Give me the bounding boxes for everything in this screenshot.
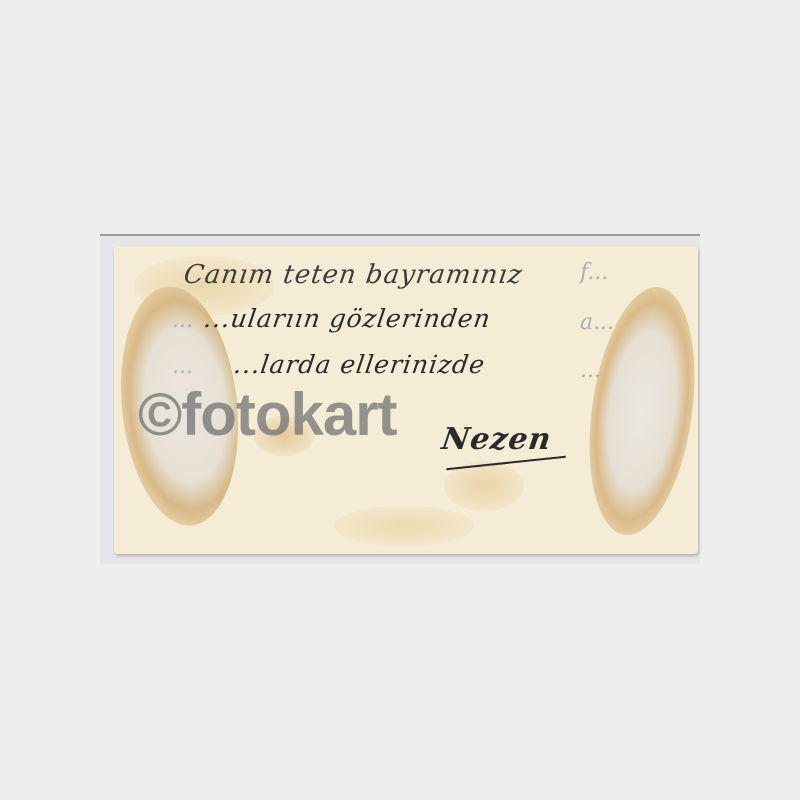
faded-text-right: a... [580, 310, 614, 335]
faded-text-right: f... [580, 260, 608, 285]
handwriting-line-2: ...ularıın gözlerinden [202, 304, 493, 333]
handwriting-line-1: Canım teten bayramınız [182, 260, 525, 290]
faded-text-left: ... [172, 354, 193, 379]
watermark: ©fotokart [138, 380, 397, 449]
handwriting-line-3: ...larda ellerinizde [232, 350, 487, 379]
signature: Nezen [440, 422, 554, 457]
faded-text-right: ... [580, 358, 601, 383]
faded-text-left: ... [172, 308, 193, 333]
stain [334, 506, 474, 546]
